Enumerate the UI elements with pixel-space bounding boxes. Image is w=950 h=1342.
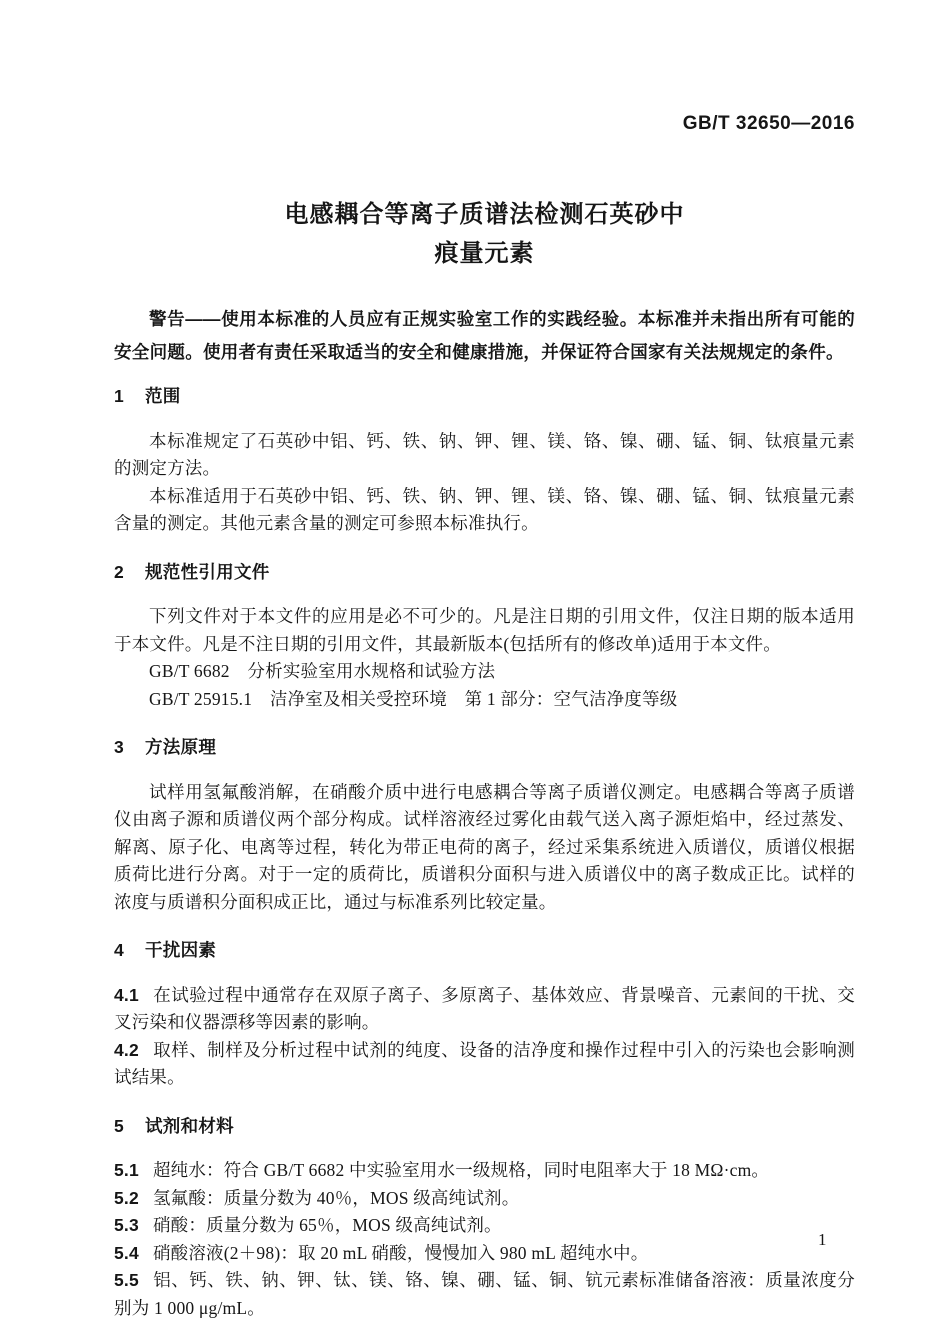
section-method-principle: 3 方法原理 试样用氢氟酸消解，在硝酸介质中进行电感耦合等离子质谱仪测定。电感耦…	[114, 734, 855, 916]
clause-5-5: 5.5铝、钙、铁、钠、钾、钛、镁、铬、镍、硼、锰、铜、钪元素标准储备溶液：质量浓…	[114, 1267, 855, 1322]
section-interference-factors-heading: 4 干扰因素	[114, 937, 855, 965]
clause-text: 硝酸：质量分数为 65％，MOS 级高纯试剂。	[153, 1215, 502, 1235]
section-normative-references: 2 规范性引用文件 下列文件对于本文件的应用是必不可少的。凡是注日期的引用文件，…	[114, 559, 855, 714]
section-label: 范围	[145, 386, 181, 406]
clause-number: 5.2	[114, 1188, 139, 1208]
reference-item: GB/T 6682 分析实验室用水规格和试验方法	[114, 658, 855, 686]
clause-text: 取样、制样及分析过程中试剂的纯度、设备的洁净度和操作过程中引入的污染也会影响测试…	[114, 1040, 855, 1088]
page-content: GB/T 32650—2016 电感耦合等离子质谱法检测石英砂中 痕量元素 警告…	[114, 0, 855, 1322]
clause-number: 4.2	[114, 1040, 139, 1060]
clause-text: 铝、钙、铁、钠、钾、钛、镁、铬、镍、硼、锰、铜、钪元素标准储备溶液：质量浓度分别…	[114, 1270, 855, 1318]
scope-paragraph-2: 本标准适用于石英砂中铝、钙、铁、钠、钾、锂、镁、铬、镍、硼、锰、铜、钛痕量元素含…	[114, 483, 855, 538]
document-title: 电感耦合等离子质谱法检测石英砂中 痕量元素	[114, 195, 855, 273]
section-label: 干扰因素	[145, 940, 216, 960]
section-reagents-materials: 5 试剂和材料 5.1超纯水：符合 GB/T 6682 中实验室用水一级规格，同…	[114, 1113, 855, 1323]
section-method-principle-heading: 3 方法原理	[114, 734, 855, 762]
clause-text: 氢氟酸：质量分数为 40％，MOS 级高纯试剂。	[153, 1188, 519, 1208]
scope-paragraph-1: 本标准规定了石英砂中铝、钙、铁、钠、钾、锂、镁、铬、镍、硼、锰、铜、钛痕量元素的…	[114, 428, 855, 483]
section-scope-heading: 1 范围	[114, 383, 855, 411]
clause-5-2: 5.2氢氟酸：质量分数为 40％，MOS 级高纯试剂。	[114, 1185, 855, 1213]
clause-number: 5.4	[114, 1243, 139, 1263]
section-label: 方法原理	[145, 737, 216, 757]
warning-paragraph: 警告——使用本标准的人员应有正规实验室工作的实践经验。本标准并未指出所有可能的安…	[114, 303, 855, 369]
section-number: 1	[114, 386, 124, 406]
standard-number: GB/T 32650—2016	[114, 113, 855, 135]
section-reagents-materials-heading: 5 试剂和材料	[114, 1113, 855, 1141]
clause-text: 在试验过程中通常存在双原子离子、多原离子、基体效应、背景噪音、元素间的干扰、交叉…	[114, 985, 855, 1033]
section-normative-references-heading: 2 规范性引用文件	[114, 559, 855, 587]
clause-4-1: 4.1在试验过程中通常存在双原子离子、多原离子、基体效应、背景噪音、元素间的干扰…	[114, 982, 855, 1037]
section-label: 规范性引用文件	[145, 562, 270, 582]
clause-number: 5.3	[114, 1215, 139, 1235]
method-principle-paragraph: 试样用氢氟酸消解，在硝酸介质中进行电感耦合等离子质谱仪测定。电感耦合等离子质谱仪…	[114, 779, 855, 917]
section-interference-factors: 4 干扰因素 4.1在试验过程中通常存在双原子离子、多原离子、基体效应、背景噪音…	[114, 937, 855, 1092]
section-label: 试剂和材料	[145, 1116, 234, 1136]
clause-text: 硝酸溶液(2＋98)：取 20 mL 硝酸，慢慢加入 980 mL 超纯水中。	[153, 1243, 649, 1263]
clause-number: 4.1	[114, 985, 139, 1005]
clause-4-2: 4.2取样、制样及分析过程中试剂的纯度、设备的洁净度和操作过程中引入的污染也会影…	[114, 1037, 855, 1092]
clause-5-1: 5.1超纯水：符合 GB/T 6682 中实验室用水一级规格，同时电阻率大于 1…	[114, 1157, 855, 1185]
clause-number: 5.1	[114, 1160, 139, 1180]
clause-number: 5.5	[114, 1270, 139, 1290]
reference-item: GB/T 25915.1 洁净室及相关受控环境 第 1 部分：空气洁净度等级	[114, 686, 855, 714]
document-page: GB/T 32650—2016 电感耦合等离子质谱法检测石英砂中 痕量元素 警告…	[0, 0, 950, 1342]
section-scope: 1 范围 本标准规定了石英砂中铝、钙、铁、钠、钾、锂、镁、铬、镍、硼、锰、铜、钛…	[114, 383, 855, 538]
page-number: 1	[818, 1230, 827, 1250]
document-title-line2: 痕量元素	[114, 234, 855, 273]
clause-text: 超纯水：符合 GB/T 6682 中实验室用水一级规格，同时电阻率大于 18 M…	[153, 1160, 769, 1180]
clause-5-4: 5.4硝酸溶液(2＋98)：取 20 mL 硝酸，慢慢加入 980 mL 超纯水…	[114, 1240, 855, 1268]
section-number: 4	[114, 940, 124, 960]
references-intro-paragraph: 下列文件对于本文件的应用是必不可少的。凡是注日期的引用文件，仅注日期的版本适用于…	[114, 603, 855, 658]
section-number: 3	[114, 737, 124, 757]
clause-5-3: 5.3硝酸：质量分数为 65％，MOS 级高纯试剂。	[114, 1212, 855, 1240]
section-number: 2	[114, 562, 124, 582]
document-title-line1: 电感耦合等离子质谱法检测石英砂中	[114, 195, 855, 234]
section-number: 5	[114, 1116, 124, 1136]
